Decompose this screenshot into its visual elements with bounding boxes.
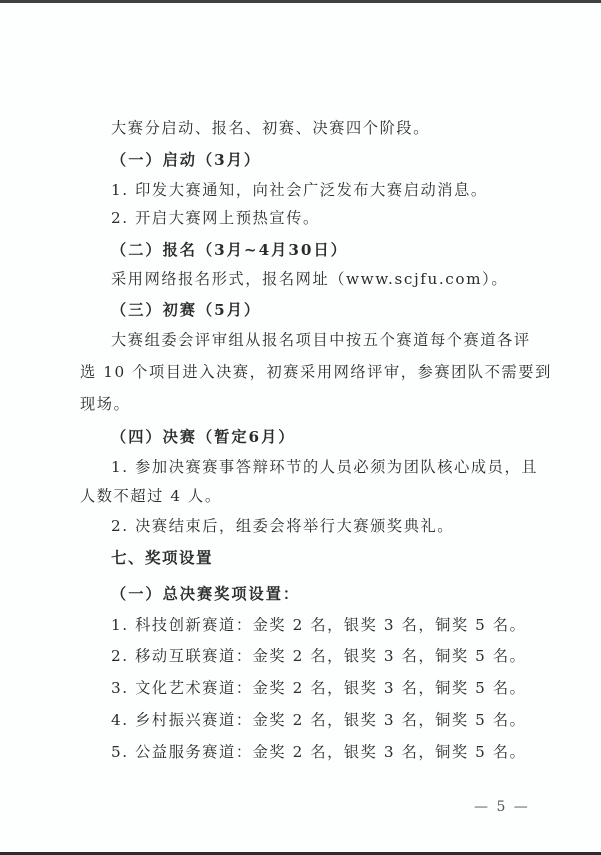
stage-item: 2. 开启大赛网上预热宣传。 [111,208,320,228]
section-heading-awards: 七、奖项设置 [111,548,213,568]
stage-item: 2. 决赛结束后，组委会将举行大赛颁奖典礼。 [111,516,454,536]
stage-item-continuation: 人数不超过 4 人。 [80,486,222,506]
stage-heading-registration: （二）报名（3月~4月30日） [111,240,348,260]
stage-paragraph-line: 大赛组委会评审组从报名项目中按五个赛道每个赛道各评 [111,330,531,350]
page-number: — 5 — [474,799,530,815]
award-item: 3. 文化艺术赛道：金奖 2 名，银奖 3 名，铜奖 5 名。 [111,678,526,698]
stage-item: 1. 参加决赛赛事答辩环节的人员必须为团队核心成员，且 [111,457,538,477]
stage-item: 采用网络报名形式，报名网址（www.scjfu.com）。 [111,269,508,289]
award-item: 1. 科技创新赛道：金奖 2 名，银奖 3 名，铜奖 5 名。 [111,615,526,635]
stage-heading-launch: （一）启动（3月） [111,150,261,170]
award-item: 4. 乡村振兴赛道：金奖 2 名，银奖 3 名，铜奖 5 名。 [111,710,526,730]
subsection-heading-final-awards: （一）总决赛奖项设置： [111,584,300,604]
stage-paragraph-line: 现场。 [80,394,130,414]
award-item: 2. 移动互联赛道：金奖 2 名，银奖 3 名，铜奖 5 名。 [111,646,526,666]
stage-paragraph-line: 选 10 个项目进入决赛，初赛采用网络评审，参赛团队不需要到 [80,362,552,382]
intro-paragraph: 大赛分启动、报名、初赛、决赛四个阶段。 [111,118,430,138]
stage-heading-preliminary: （三）初赛（5月） [111,300,261,320]
top-border [0,0,601,3]
award-item: 5. 公益服务赛道：金奖 2 名，银奖 3 名，铜奖 5 名。 [111,742,526,762]
stage-item: 1. 印发大赛通知，向社会广泛发布大赛启动消息。 [111,180,488,200]
stage-heading-final: （四）决赛（暂定6月） [111,427,295,447]
